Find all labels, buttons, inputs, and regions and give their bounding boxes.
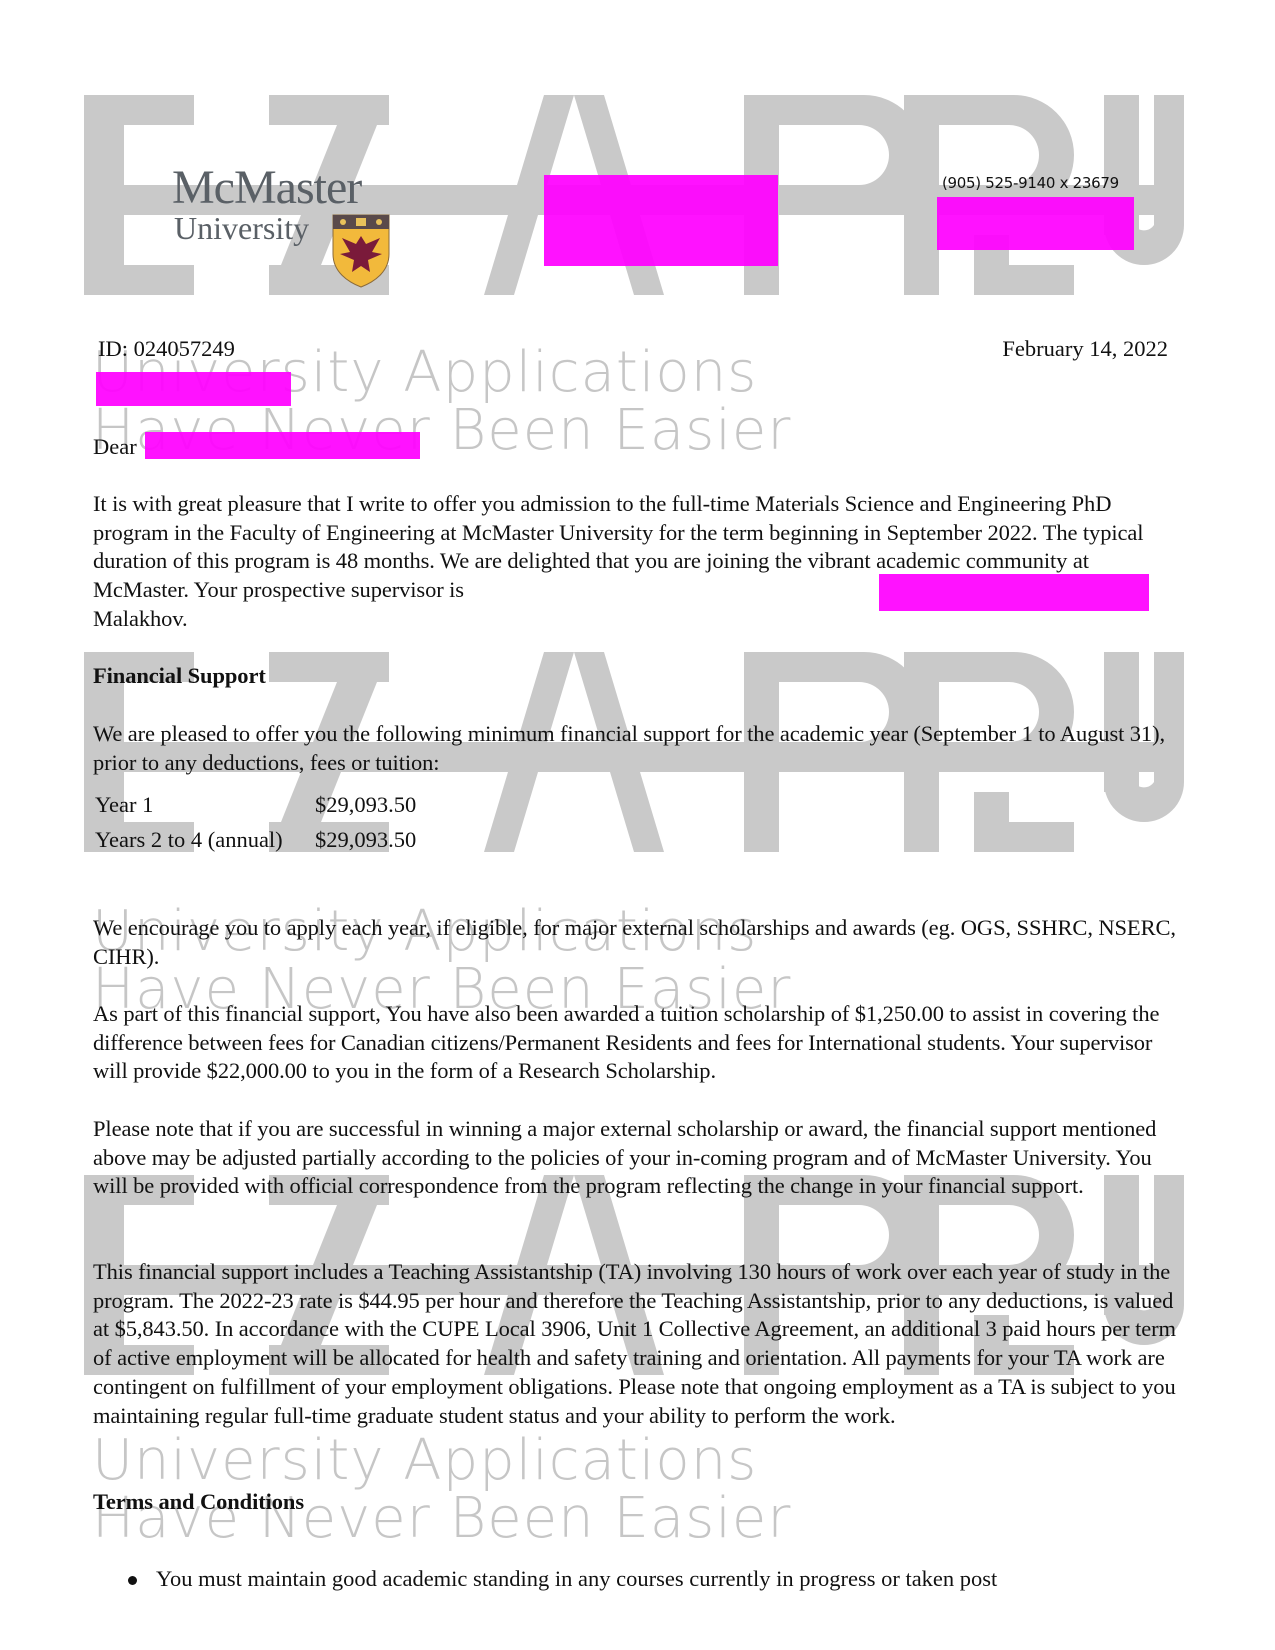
mcmaster-logo: McMaster University xyxy=(172,164,394,288)
teaching-assistantship-paragraph: This financial support includes a Teachi… xyxy=(93,1258,1183,1430)
list-item: You must maintain good academic standing… xyxy=(156,1565,1216,1594)
year-label: Years 2 to 4 (annual) xyxy=(95,822,313,857)
financial-support-table: Year 1 $29,093.50 Years 2 to 4 (annual) … xyxy=(95,787,420,857)
table-row: Years 2 to 4 (annual) $29,093.50 xyxy=(95,822,420,857)
logo-wordmark-line-2: University xyxy=(174,210,309,246)
letter-date: February 14, 2022 xyxy=(1002,336,1168,362)
terms-list: You must maintain good academic standing… xyxy=(93,1565,1216,1594)
year-amount: $29,093.50 xyxy=(313,787,420,822)
scholarship-encouragement-paragraph: We encourage you to apply each year, if … xyxy=(93,914,1183,971)
redacted-recipient-name xyxy=(96,372,291,406)
external-award-note-paragraph: Please note that if you are successful i… xyxy=(93,1115,1183,1201)
terms-heading: Terms and Conditions xyxy=(93,1488,1183,1517)
redacted-address-block xyxy=(544,175,778,266)
redacted-recipient-salutation xyxy=(145,432,420,459)
tuition-scholarship-paragraph: As part of this financial support, You h… xyxy=(93,1000,1183,1086)
crest-icon xyxy=(332,214,390,288)
redacted-supervisor-name xyxy=(879,574,1149,611)
intro-paragraph: It is with great pleasure that I write t… xyxy=(93,490,1183,634)
year-amount: $29,093.50 xyxy=(313,822,420,857)
student-id: ID: 024057249 xyxy=(98,336,235,362)
financial-intro-paragraph: We are pleased to offer you the followin… xyxy=(93,720,1183,777)
table-row: Year 1 $29,093.50 xyxy=(95,787,420,822)
redacted-contact-block xyxy=(937,197,1134,250)
bullet-icon xyxy=(128,1576,137,1585)
phone-number: (905) 525-9140 x 23679 xyxy=(942,174,1119,192)
logo-wordmark-line-1: McMaster xyxy=(172,164,361,212)
salutation: Dear xyxy=(93,434,137,460)
year-label: Year 1 xyxy=(95,787,313,822)
financial-support-heading: Financial Support xyxy=(93,662,1183,691)
